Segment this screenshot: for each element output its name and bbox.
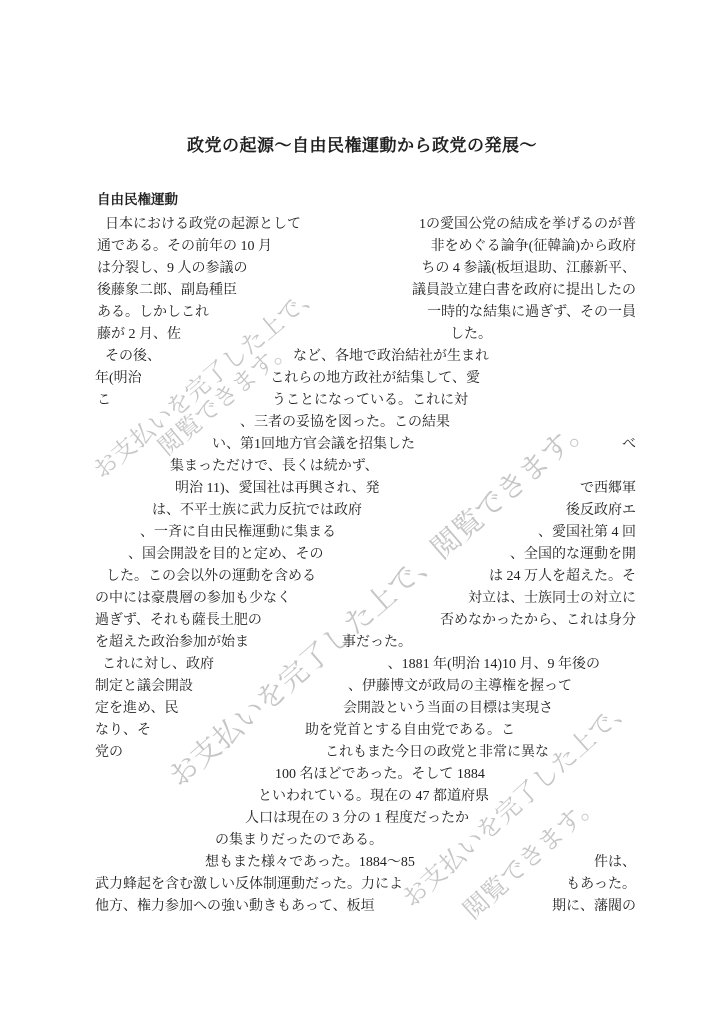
text-fragment: 、1881 年(明治 14)10 月、9 年後の [388,656,600,674]
text-fragment: なり、そ [95,722,151,740]
text-fragment: 、愛国社第 4 回 [538,524,636,542]
text-fragment: 会開設という当面の目標は実現さ [343,700,553,718]
text-fragment: い、第1回地方官会議を招集した [212,436,415,454]
text-fragment: その後、 [105,348,161,366]
text-line: い、第1回地方官会議を招集したべ [0,436,724,454]
text-fragment: 一時的な結集に過ぎず、その一員 [427,304,636,322]
text-fragment: は 24 万人を超えた。そ [489,568,636,586]
text-fragment: これに対し、政府 [102,656,214,674]
text-line: 他方、権力参加への強い動きもあって、板垣期に、藩閥の [0,898,724,916]
text-fragment: もあった。 [566,876,636,894]
text-fragment: 期に、藩閥の [552,898,636,916]
text-line: 定を進め、民会開設という当面の目標は実現さ [0,700,724,718]
text-fragment: 1の愛国公党の結成を挙げるのが普 [419,216,636,234]
text-line: なり、そ助を党首とする自由党である。こ [0,722,724,740]
text-line: を超えた政治参加が始ま事だった。 [0,634,724,652]
text-fragment: 後反政府エ [566,502,636,520]
text-line: 後藤象二郎、副島種臣議員設立建白書を政府に提出したの [0,282,724,300]
text-fragment: これらの地方政社が結集して、愛 [270,370,480,388]
text-fragment: 武力蜂起を含む激しい反体制運動だった。力によ [95,876,403,894]
text-fragment: 人口は現在の 3 分の 1 程度だったか [245,810,469,828]
text-line: 武力蜂起を含む激しい反体制運動だった。力によもあった。 [0,876,724,894]
text-fragment: 否めなかったから、これは身分 [440,612,636,630]
text-fragment: 定を進め、民 [95,700,178,718]
text-line: 想もまた様々であった。1884～85件は、 [0,854,724,872]
text-fragment: を超えた政治参加が始ま [95,634,249,652]
text-fragment: した。この会以外の運動を含める [106,568,316,586]
document-page: 政党の起源～自由民権運動から政党の発展～ 自由民権運動 お支払いを完了した上で、… [0,0,724,1024]
text-fragment: 集まっただけで、長くは続かず、 [170,458,379,476]
text-line: 明治 11)、愛国社は再興され、発で西郷軍 [0,480,724,498]
text-line: 日本における政党の起源として1の愛国公党の結成を挙げるのが普 [0,216,724,234]
text-line: といわれている。現在の 47 都道府県 [0,788,724,806]
text-fragment: 通である。その前年の 10 月 [97,238,272,256]
text-fragment: した。 [450,326,492,344]
text-line: 、国会開設を目的と定め、その、全国的な運動を開 [0,546,724,564]
text-fragment: 藤が 2 月、佐 [97,326,181,344]
text-fragment: 非をめぐる論争(征韓論)から政府 [431,238,636,256]
text-fragment: ちの 4 参議(板垣退助、江藤新平、 [421,260,636,278]
text-line: の中には豪農層の参加も少なく対立は、士族同士の対立に [0,590,724,608]
text-fragment: こ [97,392,111,410]
text-fragment: 対立は、士族同士の対立に [468,590,636,608]
text-fragment: 事だった。 [342,634,412,652]
text-fragment: は分裂し、9 人の参議の [97,260,248,278]
text-fragment: 他方、権力参加への強い動きもあって、板垣 [95,898,375,916]
text-fragment: 助を党首とする自由党である。こ [305,722,515,740]
text-line: その後、など、各地で政治結社が生まれ [0,348,724,366]
text-line: 年(明治これらの地方政社が結集して、愛 [0,370,724,388]
text-line: こうことになっている。これに対 [0,392,724,410]
text-fragment: の集まりだったのである。 [215,832,383,850]
text-fragment: 、国会開設を目的と定め、その [128,546,323,564]
text-fragment: 想もまた様々であった。1884～85 [205,854,415,872]
text-line: 過ぎず、それも薩長土肥の否めなかったから、これは身分 [0,612,724,630]
text-fragment: 議員設立建白書を政府に提出したの [412,282,636,300]
text-fragment: 党の [95,744,123,762]
text-line: は分裂し、9 人の参議のちの 4 参議(板垣退助、江藤新平、 [0,260,724,278]
text-line: は、不平士族に武力反抗では政府後反政府エ [0,502,724,520]
text-fragment: 、三者の妥協を図った。この結果 [240,414,450,432]
text-fragment: といわれている。現在の 47 都道府県 [258,788,489,806]
text-line: した。この会以外の運動を含めるは 24 万人を超えた。そ [0,568,724,586]
text-fragment: 、一斉に自由民権運動に集まる [140,524,336,542]
text-fragment: 過ぎず、それも薩長土肥の [95,612,262,630]
text-fragment: の中には豪農層の参加も少なく [95,590,291,608]
text-line: 、三者の妥協を図った。この結果 [0,414,724,432]
document-title: 政党の起源～自由民権運動から政党の発展～ [0,131,724,156]
text-line: 集まっただけで、長くは続かず、 [0,458,724,476]
text-line: これに対し、政府、1881 年(明治 14)10 月、9 年後の [0,656,724,674]
text-fragment: 日本における政党の起源として [105,216,301,234]
text-line: の集まりだったのである。 [0,832,724,850]
text-fragment: 100 名ほどであった。そして 1884 [275,766,485,784]
text-line: 通である。その前年の 10 月非をめぐる論争(征韓論)から政府 [0,238,724,256]
text-fragment: べ [622,436,636,454]
text-line: 100 名ほどであった。そして 1884 [0,766,724,784]
text-fragment: 、全国的な運動を開 [510,546,636,564]
text-fragment: 制定と議会開設 [95,678,193,696]
text-fragment: 、伊藤博文が政局の主導権を握って [348,678,572,696]
text-fragment: 件は、 [594,854,636,872]
text-fragment: 後藤象二郎、副島種臣 [97,282,237,300]
text-line: 制定と議会開設、伊藤博文が政局の主導権を握って [0,678,724,696]
text-fragment: で西郷軍 [580,480,636,498]
text-line: 人口は現在の 3 分の 1 程度だったか [0,810,724,828]
text-fragment: は、不平士族に武力反抗では政府 [152,502,362,520]
text-line: 党のこれもまた今日の政党と非常に異な [0,744,724,762]
text-fragment: 年(明治 [95,370,142,388]
text-line: 藤が 2 月、佐した。 [0,326,724,344]
text-line: 、一斉に自由民権運動に集まる、愛国社第 4 回 [0,524,724,542]
text-fragment: ある。しかしこれ [97,304,209,322]
text-fragment: これもまた今日の政党と非常に異な [325,744,549,762]
text-fragment: など、各地で政治結社が生まれ [293,348,489,366]
text-fragment: うことになっている。これに対 [272,392,468,410]
text-line: ある。しかしこれ一時的な結集に過ぎず、その一員 [0,304,724,322]
text-fragment: 明治 11)、愛国社は再興され、発 [175,480,379,498]
section-heading: 自由民権運動 [97,188,178,208]
